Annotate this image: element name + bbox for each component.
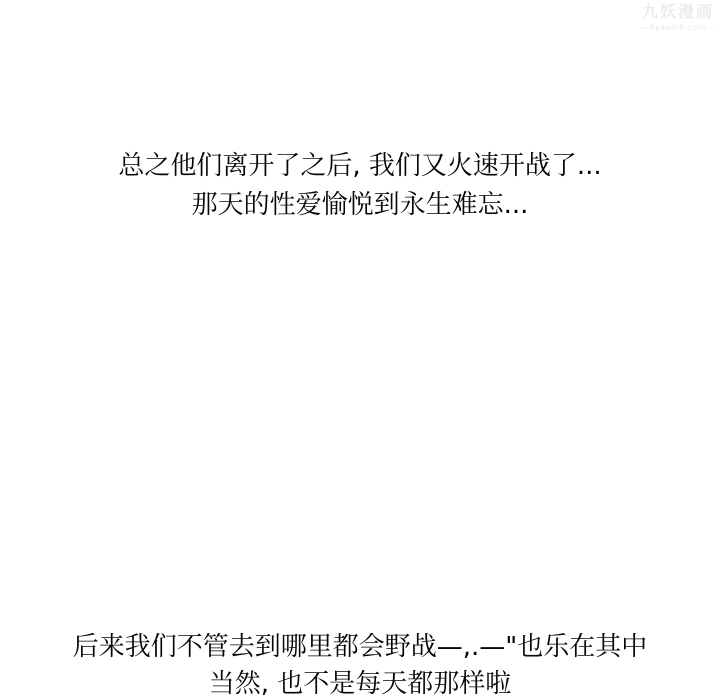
top-caption-block: 总之他们离开了之后, 我们又火速开战了... 那天的性爱愉悦到永生难忘... — [0, 147, 720, 225]
bottom-caption-line-2: 当然, 也不是每天都那样啦 — [0, 666, 720, 700]
top-caption-line-2: 那天的性爱愉悦到永生难忘... — [0, 186, 720, 225]
site-watermark: 九妖漫画 —9yaomh.com— — [641, 3, 715, 33]
bottom-caption-line-1: 后来我们不管去到哪里都会野战—,.—"也乐在其中 — [0, 629, 720, 666]
bottom-caption-block: 后来我们不管去到哪里都会野战—,.—"也乐在其中 当然, 也不是每天都那样啦 — [0, 629, 720, 700]
top-caption-line-1: 总之他们离开了之后, 我们又火速开战了... — [0, 147, 720, 186]
watermark-site-name: 九妖漫画 — [641, 3, 715, 21]
watermark-site-url: —9yaomh.com— — [641, 23, 715, 33]
comic-page: 九妖漫画 —9yaomh.com— 总之他们离开了之后, 我们又火速开战了...… — [0, 0, 720, 700]
